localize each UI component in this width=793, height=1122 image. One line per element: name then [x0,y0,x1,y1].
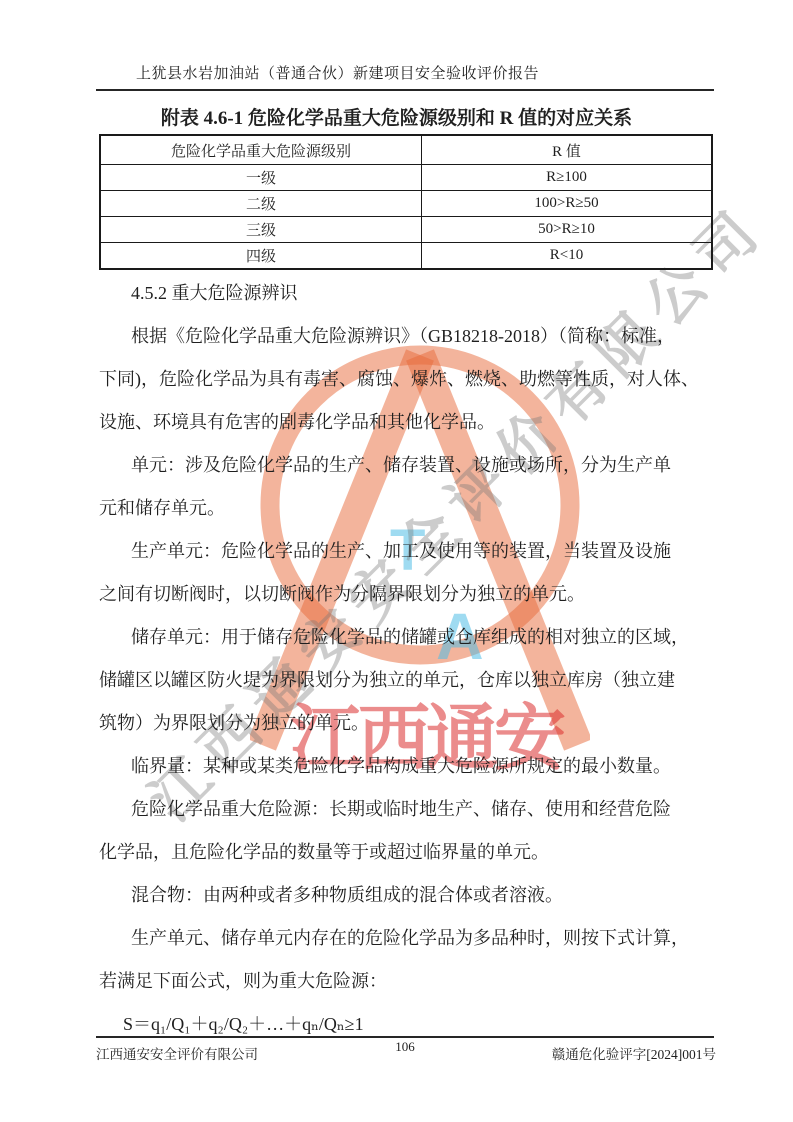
paragraph-line: 筑物）为界限划分为独立的单元。 [99,702,715,745]
paragraph-line: 根据《危险化学品重大危险源辨识》（GB18218-2018）（简称：标准， [99,315,715,358]
paragraph-line: 元和储存单元。 [99,487,715,530]
paragraph: 根据《危险化学品重大危险源辨识》（GB18218-2018）（简称：标准，下同)… [99,315,715,444]
table-header: 危险化学品重大危险源级别 R 值 [100,135,712,165]
paragraph-line: 储罐区以罐区防火堤为界限划分为独立的单元，仓库以独立库房（独立建 [99,659,715,702]
table-cell: 三级 [100,217,422,243]
section-heading: 4.5.2 重大危险源辨识 [99,272,715,315]
paragraph-line: 生产单元：危险化学品的生产、加工及使用等的装置，当装置及设施 [99,530,715,573]
table-cell: 50>R≥10 [422,217,713,243]
footer-company: 江西通安安全评价有限公司 [96,1043,258,1063]
table-body: 一级R≥100二级100>R≥50三级50>R≥10四级R<10 [100,165,712,270]
paragraph-line: 之间有切断阀时，以切断阀作为分隔界限划分为独立的单元。 [99,573,715,616]
paragraph-line: 生产单元、储存单元内存在的危险化学品为多品种时，则按下式计算， [99,917,715,960]
paragraph: 生产单元、储存单元内存在的危险化学品为多品种时，则按下式计算，若满足下面公式，则… [99,917,715,1003]
column-header-r-value: R 值 [422,135,713,165]
table-row: 三级50>R≥10 [100,217,712,243]
table-cell: 100>R≥50 [422,191,713,217]
paragraph: 临界量：某种或某类危险化学品构成重大危险源所规定的最小数量。 [99,745,715,788]
table-cell: 一级 [100,165,422,191]
table-row: 四级R<10 [100,243,712,270]
paragraph-line: 单元：涉及危险化学品的生产、储存装置、设施或场所，分为生产单 [99,444,715,487]
footer-doc-number: 赣通危化验评字[2024]001号 [552,1043,716,1063]
paragraph-line: 临界量：某种或某类危险化学品构成重大危险源所规定的最小数量。 [99,745,715,788]
paragraph-line: 化学品，且危险化学品的数量等于或超过临界量的单元。 [99,831,715,874]
hazard-level-table: 危险化学品重大危险源级别 R 值 一级R≥100二级100>R≥50三级50>R… [99,134,713,270]
footer-rule [96,1036,714,1038]
paragraph: 危险化学品重大危险源：长期或临时地生产、储存、使用和经营危险化学品，且危险化学品… [99,788,715,874]
body-text: 4.5.2 重大危险源辨识 根据《危险化学品重大危险源辨识》（GB18218-2… [99,272,715,1046]
paragraph: 生产单元：危险化学品的生产、加工及使用等的装置，当装置及设施之间有切断阀时，以切… [99,530,715,616]
paragraph: 单元：涉及危险化学品的生产、储存装置、设施或场所，分为生产单元和储存单元。 [99,444,715,530]
paragraph: 储存单元：用于储存危险化学品的储罐或仓库组成的相对独立的区域，储罐区以罐区防火堤… [99,616,715,745]
paragraph-line: 设施、环境具有危害的剧毒化学品和其他化学品。 [99,401,715,444]
paragraph: 混合物：由两种或者多种物质组成的混合体或者溶液。 [99,874,715,917]
page-header: 上犹县水岩加油站（普通合伙）新建项目安全验收评价报告 [96,62,714,83]
paragraph-line: 下同)，危险化学品为具有毒害、腐蚀、爆炸、燃烧、助燃等性质，对人体、 [99,358,715,401]
table-row: 一级R≥100 [100,165,712,191]
table-cell: R<10 [422,243,713,270]
report-title: 上犹县水岩加油站（普通合伙）新建项目安全验收评价报告 [96,62,714,83]
table-row: 二级100>R≥50 [100,191,712,217]
paragraphs: 根据《危险化学品重大危险源辨识》（GB18218-2018）（简称：标准，下同)… [99,315,715,1003]
paragraph-line: 混合物：由两种或者多种物质组成的混合体或者溶液。 [99,874,715,917]
document-page: { "page": { "header": { "title": "上犹县水岩加… [0,0,793,1122]
header-rule [96,89,714,91]
table-title: 附表 4.6-1 危险化学品重大危险源级别和 R 值的对应关系 [0,103,793,130]
page-content: 上犹县水岩加油站（普通合伙）新建项目安全验收评价报告 附表 4.6-1 危险化学… [0,0,793,1122]
paragraph-line: 储存单元：用于储存危险化学品的储罐或仓库组成的相对独立的区域， [99,616,715,659]
column-header-level: 危险化学品重大危险源级别 [100,135,422,165]
table-cell: R≥100 [422,165,713,191]
table-cell: 二级 [100,191,422,217]
paragraph-line: 危险化学品重大危险源：长期或临时地生产、储存、使用和经营危险 [99,788,715,831]
table-cell: 四级 [100,243,422,270]
page-number: 106 [395,1039,415,1055]
table-header-row: 危险化学品重大危险源级别 R 值 [100,135,712,165]
paragraph-line: 若满足下面公式，则为重大危险源： [99,960,715,1003]
